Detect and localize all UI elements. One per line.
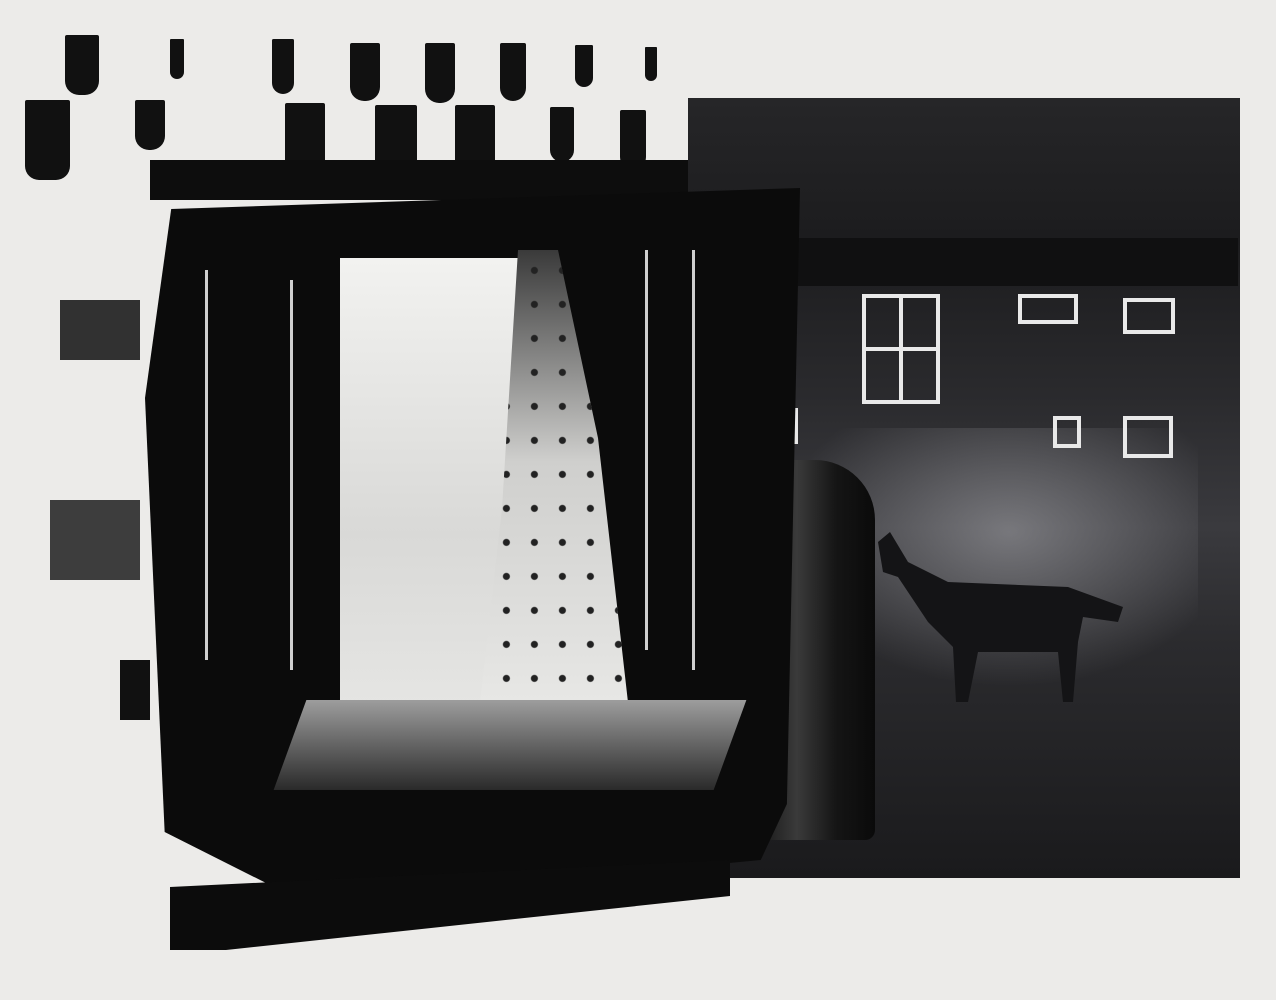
left-torn-fragment [40,200,150,720]
cabinet-highlight [645,250,648,650]
window-upper-right [1123,298,1175,334]
window-lower-right [1123,416,1173,458]
floor-light [274,700,747,790]
cabinet-highlight [290,280,293,670]
seat-row-shadow [150,160,690,200]
window-center [1018,294,1078,324]
horse-silhouette [868,532,1128,702]
roof [798,238,1238,286]
cabinet-highlight [692,250,695,670]
window-small-center [1053,416,1081,448]
cabinet-highlight [205,270,208,660]
window-large [862,294,940,404]
